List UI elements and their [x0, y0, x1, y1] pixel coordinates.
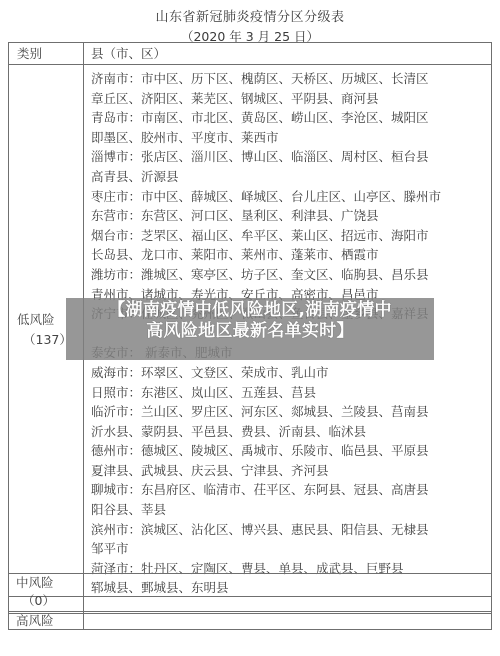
headline-overlay: 【湖南疫情中低风险地区,湖南疫情中 高风险地区最新名单实时】 [66, 300, 434, 342]
region-line: 淄博市：张店区、淄川区、博山区、临淄区、周村区、桓台县 [91, 147, 487, 167]
headline-line-2: 高风险地区最新名单实时】 [66, 321, 434, 342]
page-bottom-margin [0, 630, 500, 656]
region-line: 德州市：德城区、陵城区、禹城市、乐陵市、临邑县、平原县 [91, 441, 487, 461]
region-line: 威海市：环翠区、文登区、荣成市、乳山市 [91, 363, 487, 383]
document-title: 山东省新冠肺炎疫情分区分级表 [0, 6, 500, 25]
headline-line-1: 【湖南疫情中低风险地区,湖南疫情中 [66, 300, 434, 321]
region-line: 东营市：东营区、河口区、垦利区、利津县、广饶县 [91, 206, 487, 226]
region-line: 济南市：市中区、历下区、槐荫区、天桥区、历城区、长清区 [91, 69, 487, 89]
region-line: 临沂市：兰山区、罗庄区、河东区、郯城县、兰陵县、莒南县 [91, 402, 487, 422]
region-line: 日照市：东港区、岚山区、五莲县、莒县 [91, 383, 487, 403]
region-line: 郓城县、鄄城县、东明县 [91, 578, 487, 598]
table-header-row: 类别 县（市、区） [9, 43, 491, 65]
region-line: 烟台市：芝罘区、福山区、牟平区、莱山区、招远市、海阳市 [91, 226, 487, 246]
region-line: 青岛市：市南区、市北区、黄岛区、崂山区、李沧区、城阳区 [91, 108, 487, 128]
region-line: 章丘区、济阳区、莱芜区、钢城区、平阴县、商河县 [91, 89, 487, 109]
header-category: 类别 [9, 44, 83, 64]
category-name: 高风险 [16, 612, 86, 630]
region-line: 邹平市 [91, 539, 487, 559]
header-regions: 县（市、区） [91, 44, 487, 64]
region-line: 滨州市：滨城区、沾化区、博兴县、惠民县、阳信县、无棣县 [91, 520, 487, 540]
region-line: 夏津县、武城县、庆云县、宁津县、齐河县 [91, 461, 487, 481]
region-line: 高青县、沂源县 [91, 167, 487, 187]
region-line: 枣庄市：市中区、薛城区、峄城区、台儿庄区、山亭区、滕州市 [91, 187, 487, 207]
region-line: 菏泽市：牡丹区、定陶区、曹县、单县、成武县、巨野县 [91, 559, 487, 579]
region-line: 潍坊市：潍城区、寒亭区、坊子区、奎文区、临朐县、昌乐县 [91, 265, 487, 285]
region-line: 阳谷县、莘县 [91, 500, 487, 520]
region-line: 聊城市：东昌府区、临清市、茌平区、东阿县、冠县、高唐县 [91, 480, 487, 500]
region-line: 即墨区、胶州市、平度市、莱西市 [91, 128, 487, 148]
category-name: 中风险 [16, 574, 86, 592]
region-line: 沂水县、蒙阴县、平邑县、费县、沂南县、临沭县 [91, 422, 487, 442]
category-count: （0） [16, 592, 86, 610]
region-line: 长岛县、龙口市、莱阳市、莱州市、蓬莱市、栖霞市 [91, 245, 487, 265]
medium-risk-category: 中风险 （0） [16, 574, 86, 610]
